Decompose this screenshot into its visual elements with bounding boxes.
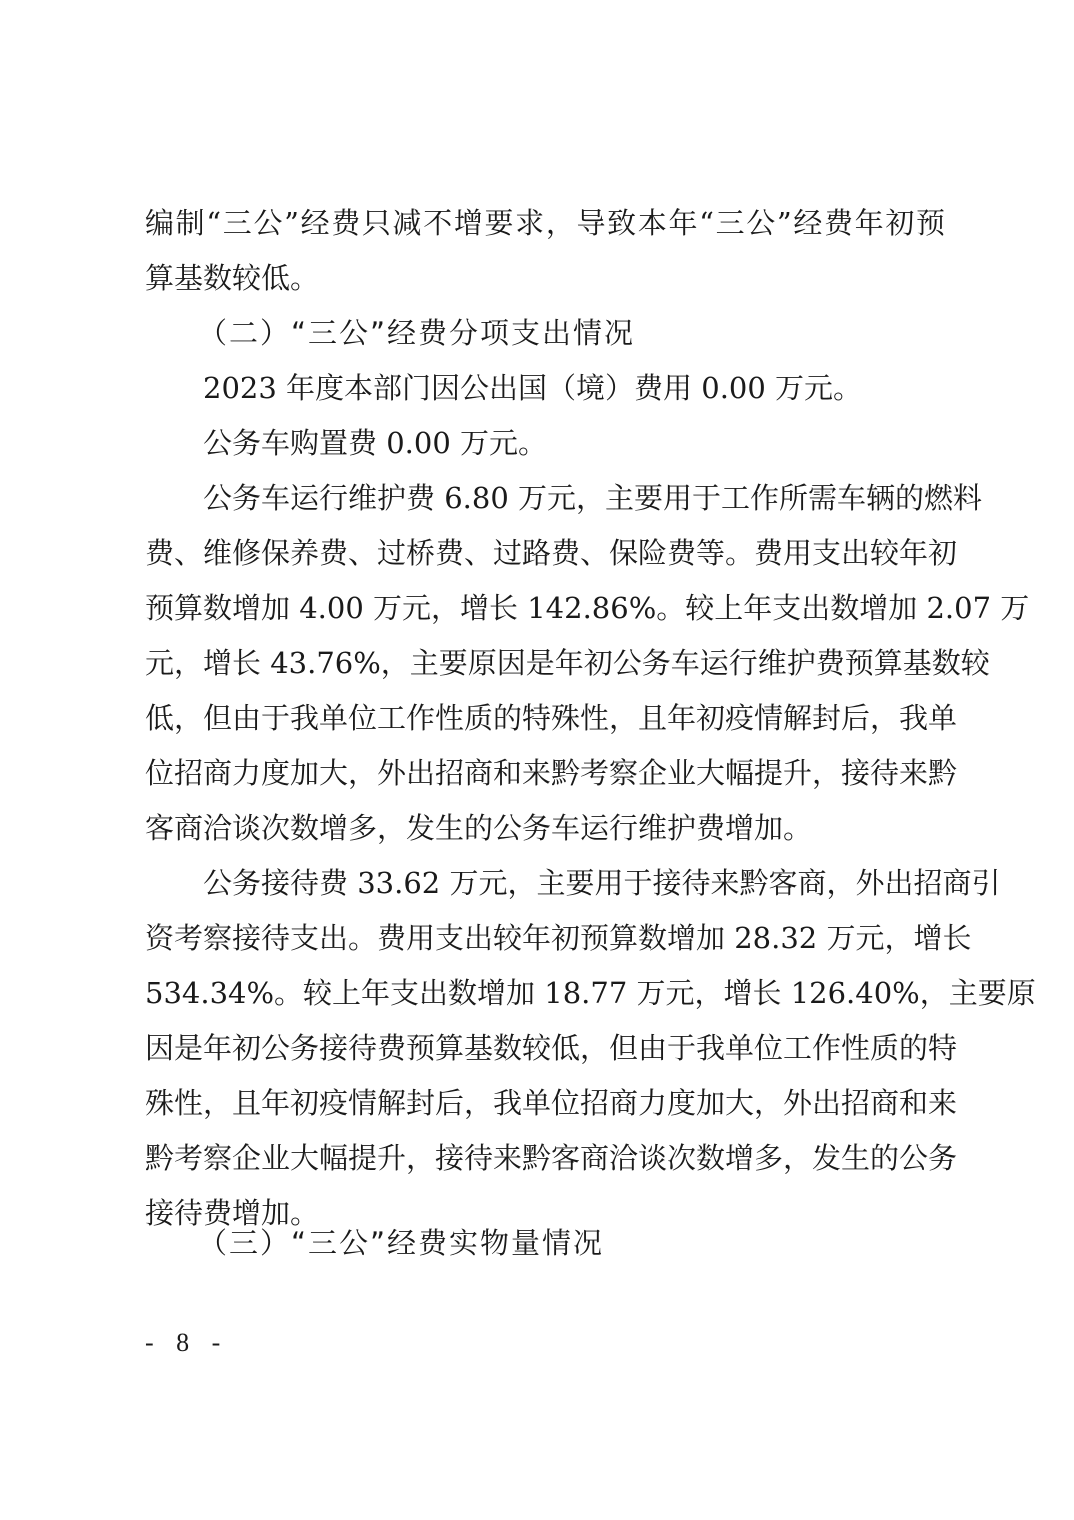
body-text-line: 元，增长 43.76%，主要原因是年初公务车运行维护费预算基数较 (145, 643, 945, 683)
body-text-line: 编制“三公”经费只减不增要求，导致本年“三公”经费年初预 (145, 203, 945, 243)
section-heading: （二）“三公”经费分项支出情况 (198, 313, 635, 353)
body-text-line: 殊性，且年初疫情解封后，我单位招商力度加大，外出招商和来 (145, 1083, 945, 1123)
body-text-line: 因是年初公务接待费预算基数较低，但由于我单位工作性质的特 (145, 1028, 945, 1068)
body-text-line: 公务车购置费 0.00 万元。 (203, 423, 945, 463)
body-text-line: 黔考察企业大幅提升，接待来黔客商洽谈次数增多，发生的公务 (145, 1138, 945, 1178)
page-number: - 8 - (145, 1325, 228, 1361)
body-text-line: 位招商力度加大，外出招商和来黔考察企业大幅提升，接待来黔 (145, 753, 945, 793)
body-text-line: 预算数增加 4.00 万元，增长 142.86%。较上年支出数增加 2.07 万 (145, 588, 945, 628)
section-heading: （三）“三公”经费实物量情况 (198, 1223, 604, 1263)
body-text-line: 534.34%。较上年支出数增加 18.77 万元，增长 126.40%，主要原 (145, 973, 945, 1013)
body-text-line: 费、维修保养费、过桥费、过路费、保险费等。费用支出较年初 (145, 533, 945, 573)
body-text-line: 算基数较低。 (145, 258, 945, 298)
body-text-line: 低，但由于我单位工作性质的特殊性，且年初疫情解封后，我单 (145, 698, 945, 738)
body-text-line: 2023 年度本部门因公出国（境）费用 0.00 万元。 (203, 368, 945, 408)
body-text-line: 客商洽谈次数增多，发生的公务车运行维护费增加。 (145, 808, 945, 848)
body-text-line: 公务车运行维护费 6.80 万元，主要用于工作所需车辆的燃料 (203, 478, 945, 518)
document-page: 编制“三公”经费只减不增要求，导致本年“三公”经费年初预 算基数较低。 （二）“… (0, 0, 1074, 1520)
body-text-line: 公务接待费 33.62 万元，主要用于接待来黔客商，外出招商引 (203, 863, 945, 903)
body-text-line: 资考察接待支出。费用支出较年初预算数增加 28.32 万元，增长 (145, 918, 945, 958)
